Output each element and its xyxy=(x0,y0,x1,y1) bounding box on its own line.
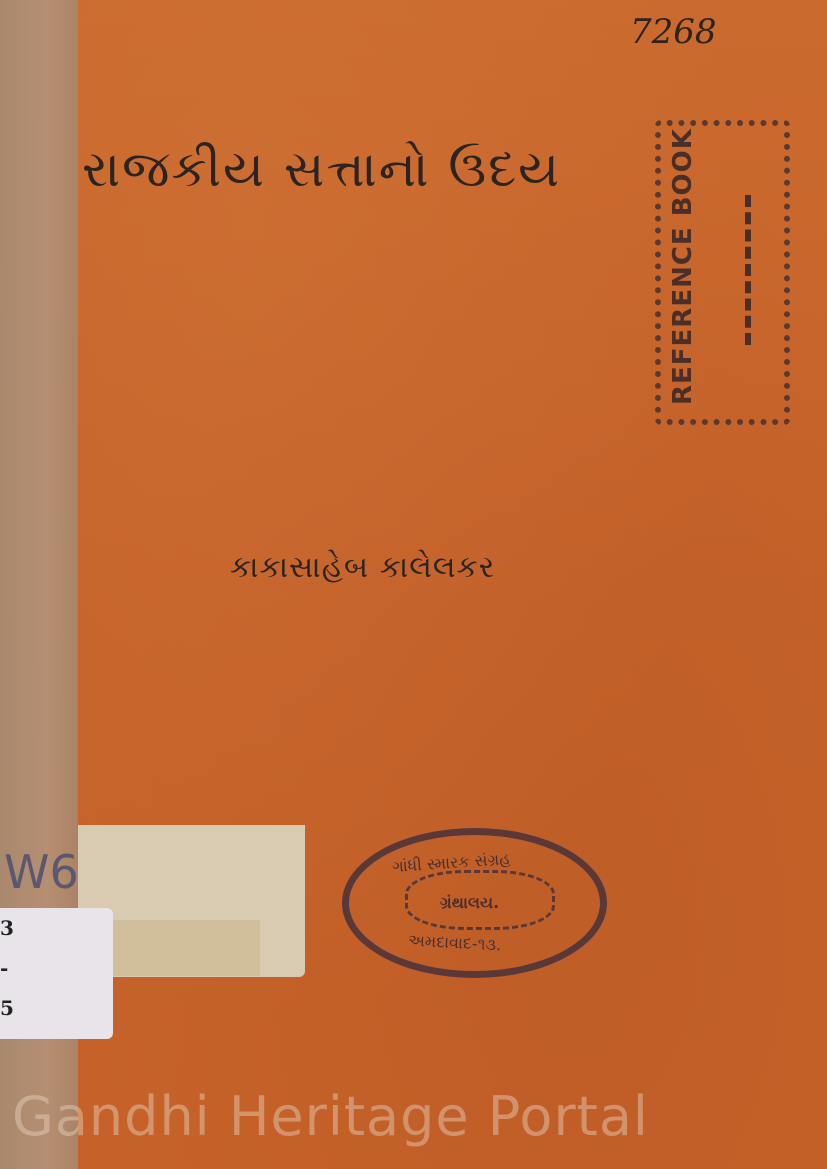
accession-number: 7268 xyxy=(630,12,717,52)
call-number-line: 3 xyxy=(0,916,14,940)
book-title: રાજકીય સત્તાનો ઉદય xyxy=(82,140,561,199)
watermark: Gandhi Heritage Portal xyxy=(12,1085,649,1148)
spine-code: W6 xyxy=(4,845,79,899)
call-number-line: - xyxy=(0,956,8,980)
call-number-line: 5 xyxy=(0,996,14,1020)
reference-stamp-text: REFERENCE BOOK xyxy=(668,128,698,405)
library-stamp-center-text: ગ્રંથાલય. xyxy=(440,893,499,913)
call-number-label: 3 - 5 xyxy=(0,908,113,1039)
reference-stamp-marks xyxy=(745,195,761,345)
book-author: કાકાસાહેબ કાલેલકર xyxy=(230,550,495,585)
label-tape xyxy=(110,920,260,976)
